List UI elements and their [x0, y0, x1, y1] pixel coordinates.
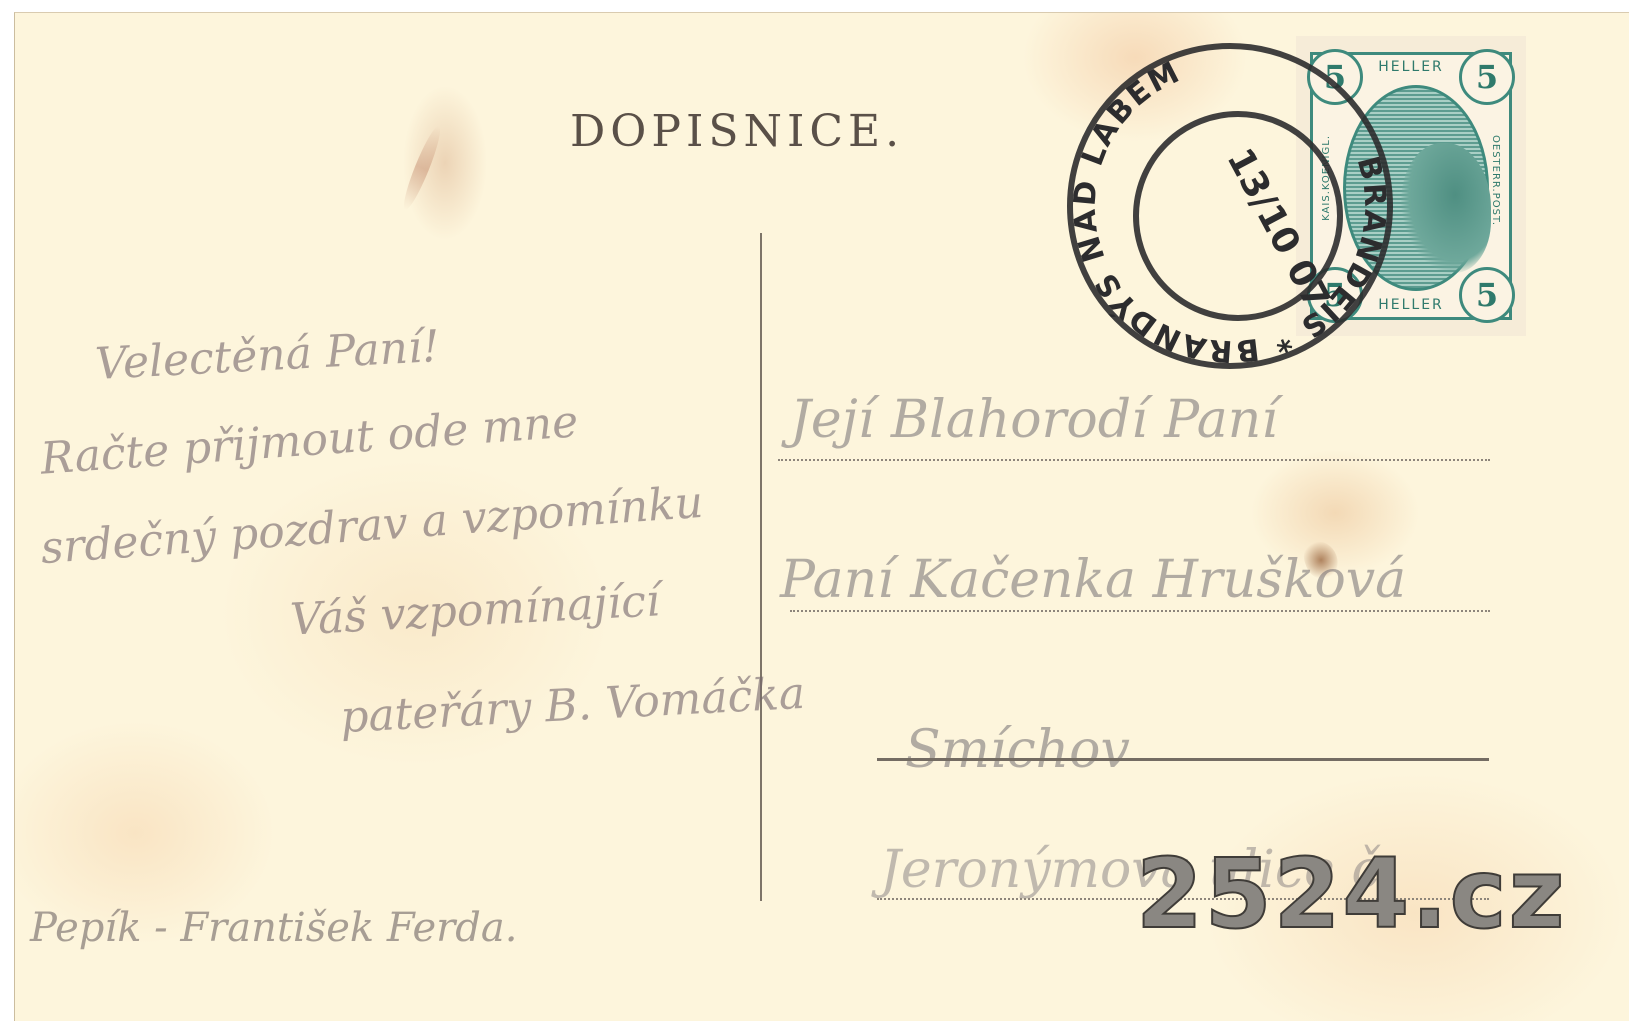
stamp-value: 5 [1459, 49, 1515, 105]
message-footer: Pepík - František Ferda. [30, 905, 517, 951]
center-divider [760, 233, 762, 901]
site-watermark: 2524.cz [1136, 838, 1566, 950]
svg-text:BRANDEIS * BRANDÝS NAD LABEM: BRANDEIS * BRANDÝS NAD LABEM [1067, 54, 1392, 368]
address-line-3: Smíchov [905, 720, 1130, 780]
stain [399, 124, 446, 213]
postmark-cancel: BRANDEIS * BRANDÝS NAD LABEM 13/10 07 [1060, 36, 1400, 376]
address-line-1: Její Blahorodí Paní [790, 390, 1278, 450]
postmark-ring-text: BRANDEIS * BRANDÝS NAD LABEM [1067, 54, 1392, 368]
address-line-2: Paní Kačenka Hrušková [780, 550, 1406, 610]
postcard-title: DOPISNICE. [570, 106, 904, 157]
emperor-portrait-icon [1401, 143, 1491, 273]
address-rule [778, 459, 1490, 461]
address-rule [790, 610, 1490, 612]
stamp-side-right: OESTERR.POST. [1490, 135, 1501, 226]
stamp-value: 5 [1459, 267, 1515, 323]
postmark-date: 13/10 07 [1219, 142, 1338, 317]
address-rule [877, 758, 1489, 761]
